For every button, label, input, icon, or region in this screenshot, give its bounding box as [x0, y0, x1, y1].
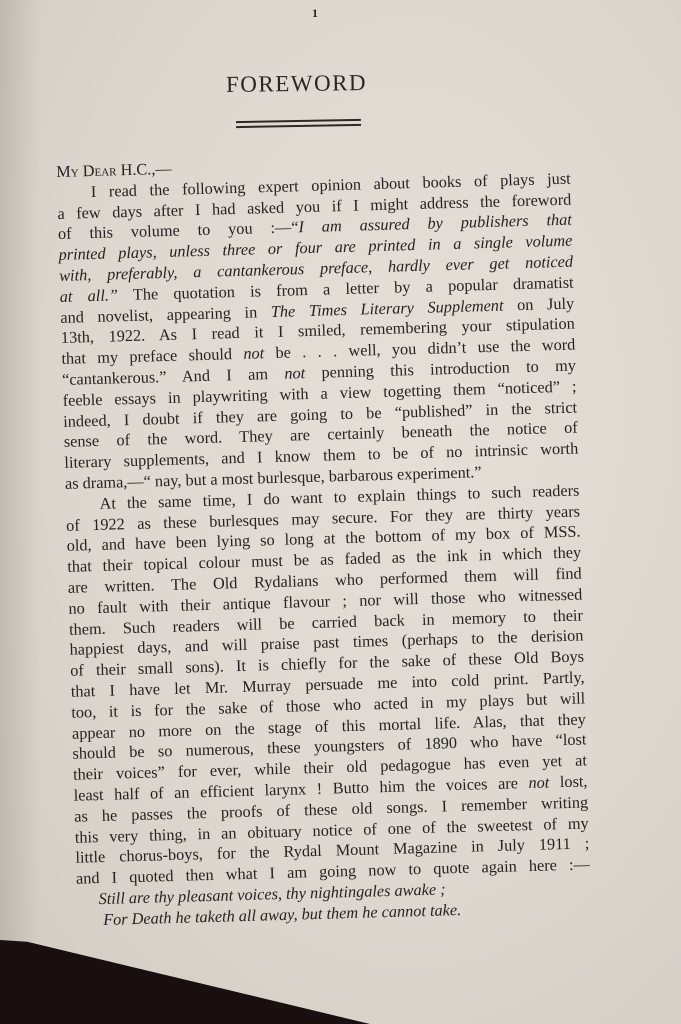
page-number: 1 — [312, 6, 318, 21]
page-title: FOREWORD — [226, 70, 367, 98]
title-double-rule — [236, 119, 361, 128]
foreword-body: My Dear H.C.,— I read the following expe… — [56, 148, 591, 932]
book-page: 1 FOREWORD My Dear H.C.,— I read the fol… — [0, 0, 681, 1024]
book-edge-shadow — [0, 940, 681, 1024]
